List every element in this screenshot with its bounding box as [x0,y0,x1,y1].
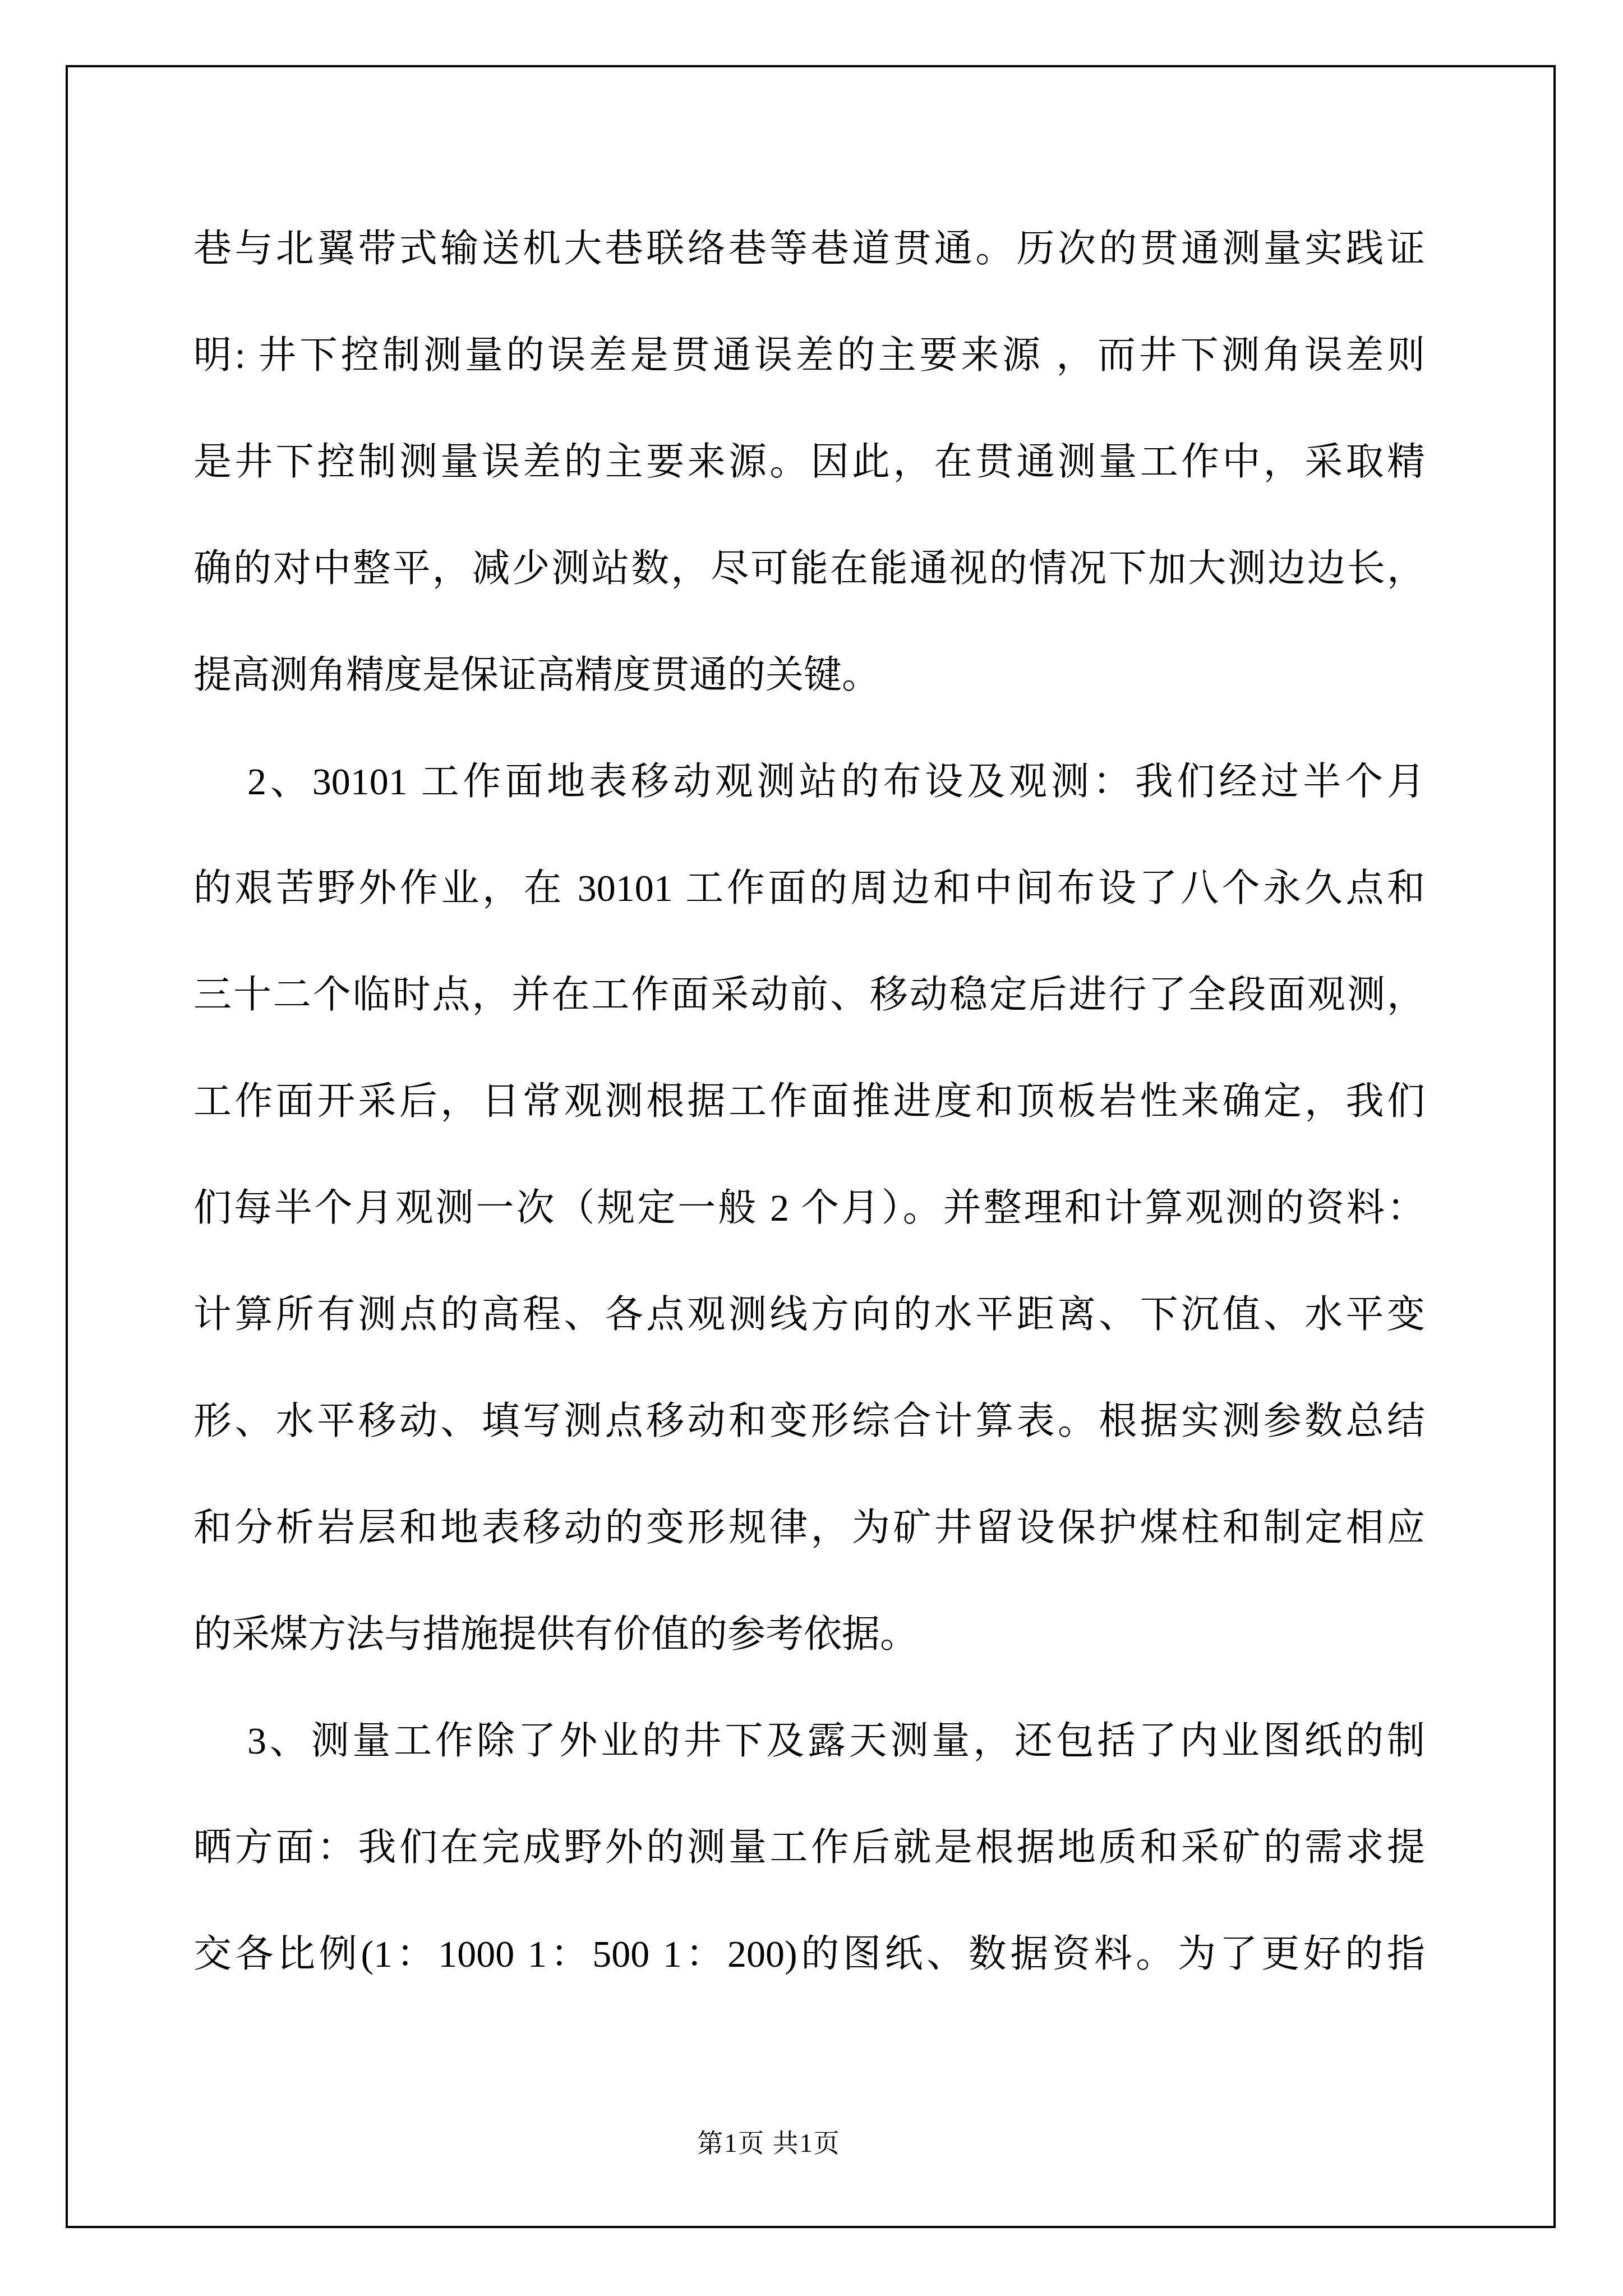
text-line: 提高测角精度是保证高精度贯通的关键。 [193,622,1425,728]
text-line: 们每半个月观测一次（规定一般 2 个月）。并整理和计算观测的资料： [193,1154,1425,1261]
text-line: 2、30101 工作面地表移动观测站的布设及观测：我们经过半个月 [193,728,1425,835]
text-line: 确的对中整平，减少测站数，尽可能在能通视的情况下加大测边边长， [193,515,1425,622]
text-line: 的采煤方法与措施提供有价值的参考依据。 [193,1581,1425,1687]
document-body: 巷与北翼带式输送机大巷联络巷等巷道贯通。历次的贯通测量实践证明: 井下控制测量的… [193,195,1425,2007]
page-footer: 第1页 共1页 [0,2126,1623,2161]
text-line: 是井下控制测量误差的主要来源。因此，在贯通测量工作中，采取精 [193,408,1425,515]
text-line: 工作面开采后，日常观测根据工作面推进度和顶板岩性来确定，我们 [193,1048,1425,1154]
document-page: { "document": { "lines": [ { "text": "巷与… [0,0,1623,2296]
text-line: 形、水平移动、填写测点移动和变形综合计算表。根据实测参数总结 [193,1368,1425,1474]
text-line: 计算所有测点的高程、各点观测线方向的水平距离、下沉值、水平变 [193,1261,1425,1368]
text-line: 和分析岩层和地表移动的变形规律，为矿井留设保护煤柱和制定相应 [193,1474,1425,1581]
text-line: 交各比例(1：1000 1：500 1：200)的图纸、数据资料。为了更好的指 [193,1901,1425,2007]
text-line: 巷与北翼带式输送机大巷联络巷等巷道贯通。历次的贯通测量实践证 [193,195,1425,302]
text-line: 三十二个临时点，并在工作面采动前、移动稳定后进行了全段面观测， [193,941,1425,1048]
text-line: 3、测量工作除了外业的井下及露天测量，还包括了内业图纸的制 [193,1687,1425,1794]
text-line: 晒方面：我们在完成野外的测量工作后就是根据地质和采矿的需求提 [193,1794,1425,1901]
text-line: 的艰苦野外作业，在 30101 工作面的周边和中间布设了八个永久点和 [193,835,1425,941]
page-number-label: 第1页 共1页 [697,2129,841,2157]
text-line: 明: 井下控制测量的误差是贯通误差的主要来源 ，而井下测角误差则 [193,302,1425,408]
